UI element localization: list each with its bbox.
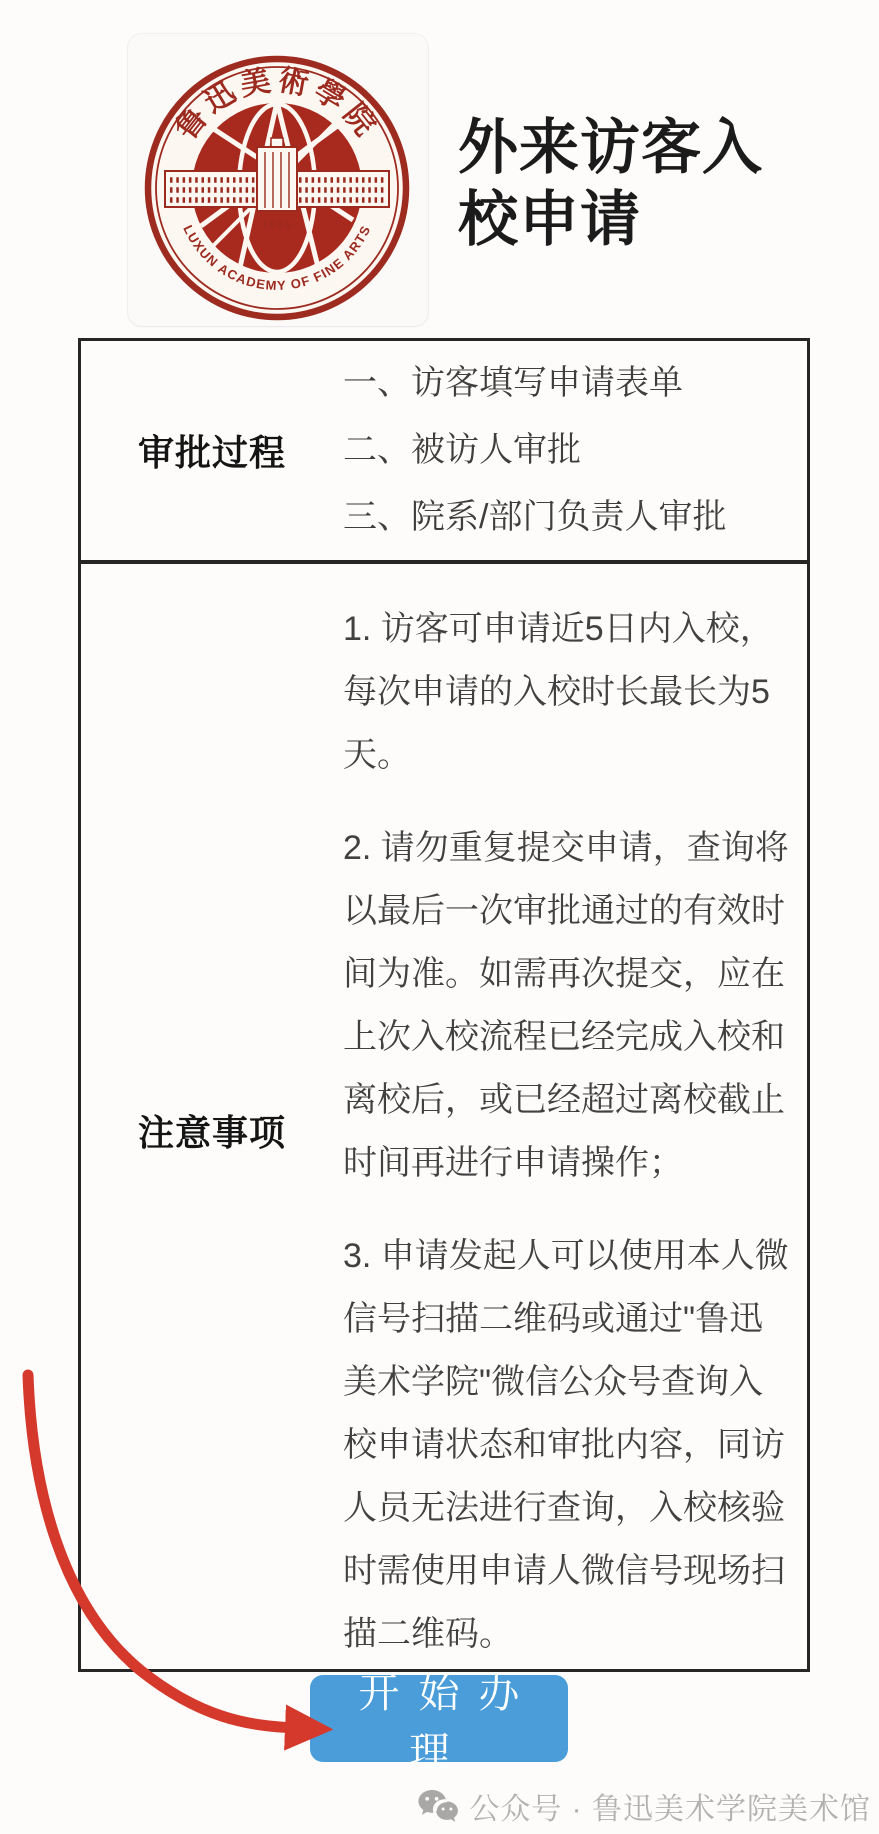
start-button[interactable]: 开始办理 xyxy=(310,1675,568,1762)
approval-step-2: 二、被访人审批 xyxy=(343,417,795,484)
notes-list: 1. 访客可申请近5日内入校，每次申请的入校时长最长为5天。 2. 请勿重复提交… xyxy=(343,564,807,1696)
school-seal-icon: 鲁迅美術學院 ·1938· LUXUN ACADEMY OF FINE ARTS xyxy=(141,52,413,324)
row-header-label: 注意事项 xyxy=(138,1105,286,1156)
approval-step-3: 三、院系/部门负责人审批 xyxy=(343,484,795,551)
notes-row: 注意事项 1. 访客可申请近5日内入校，每次申请的入校时长最长为5天。 2. 请… xyxy=(81,564,807,1696)
page-title: 外来访客入校申请 xyxy=(458,112,770,256)
wechat-icon xyxy=(417,1788,459,1824)
note-paragraph-2: 2. 请勿重复提交申请，查询将以最后一次审批通过的有效时间为准。如需再次提交，应… xyxy=(343,817,795,1195)
note-paragraph-3: 3. 申请发起人可以使用本人微信号扫描二维码或通过"鲁迅美术学院"微信公众号查询… xyxy=(343,1225,795,1666)
row-header-label: 审批过程 xyxy=(138,425,286,476)
row-header-notes: 注意事项 xyxy=(81,564,343,1696)
footer-caption: 公众号 · 鲁迅美术学院美术馆 xyxy=(417,1784,871,1828)
page: 鲁迅美術學院 ·1938· LUXUN ACADEMY OF FINE ARTS… xyxy=(0,0,879,1834)
info-table: 审批过程 一、访客填写申请表单 二、被访人审批 三、院系/部门负责人审批 注意事… xyxy=(78,338,810,1672)
note-paragraph-1: 1. 访客可申请近5日内入校，每次申请的入校时长最长为5天。 xyxy=(343,598,795,787)
logo-card: 鲁迅美術學院 ·1938· LUXUN ACADEMY OF FINE ARTS xyxy=(128,34,428,326)
approval-steps-list: 一、访客填写申请表单 二、被访人审批 三、院系/部门负责人审批 xyxy=(343,341,807,560)
seal-year-text: ·1938· xyxy=(257,220,298,231)
row-header-approval-process: 审批过程 xyxy=(81,341,343,560)
approval-process-row: 审批过程 一、访客填写申请表单 二、被访人审批 三、院系/部门负责人审批 xyxy=(81,341,807,564)
footer-caption-text: 公众号 · 鲁迅美术学院美术馆 xyxy=(469,1784,871,1828)
approval-step-1: 一、访客填写申请表单 xyxy=(343,350,795,417)
